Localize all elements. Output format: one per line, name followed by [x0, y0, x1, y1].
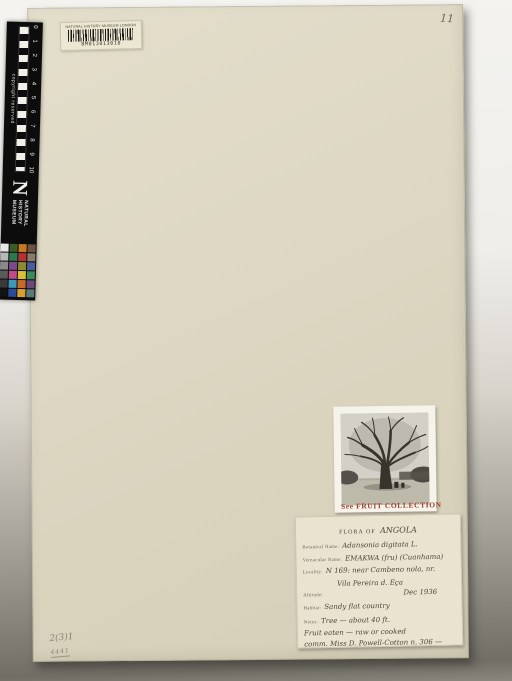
barcode-number: BM013013010 — [64, 40, 138, 48]
nhm-logo-icon: N — [8, 176, 33, 201]
baobab-tree-photo — [340, 412, 429, 505]
label-heading-hand: ANGOLA — [380, 525, 417, 535]
museum-name: NATURAL HISTORY MUSEUM — [10, 200, 29, 236]
specimen-scan: 012345678910 copyright reserved N NATURA… — [0, 0, 512, 681]
field-habitat: Habitat: Sandy flat country — [303, 599, 455, 614]
specimen-photograph — [333, 405, 436, 512]
specimen-label: FLORA OF ANGOLA Botanical Name: Adansoni… — [295, 513, 464, 648]
color-checker — [0, 243, 36, 297]
ruler: 012345678910 copyright reserved — [6, 22, 39, 177]
fruit-collection-stamp: See FRUIT COLLECTION — [341, 500, 442, 511]
sheet-number-annotation: 11 — [440, 12, 455, 26]
barcode-label: NATURAL HISTORY MUSEUM LONDON BM01301301… — [60, 20, 143, 51]
pencil-annotation: 2(3)1 4441 — [49, 633, 75, 658]
label-heading-printed: FLORA OF — [339, 529, 376, 536]
label-heading: FLORA OF ANGOLA — [302, 519, 454, 540]
